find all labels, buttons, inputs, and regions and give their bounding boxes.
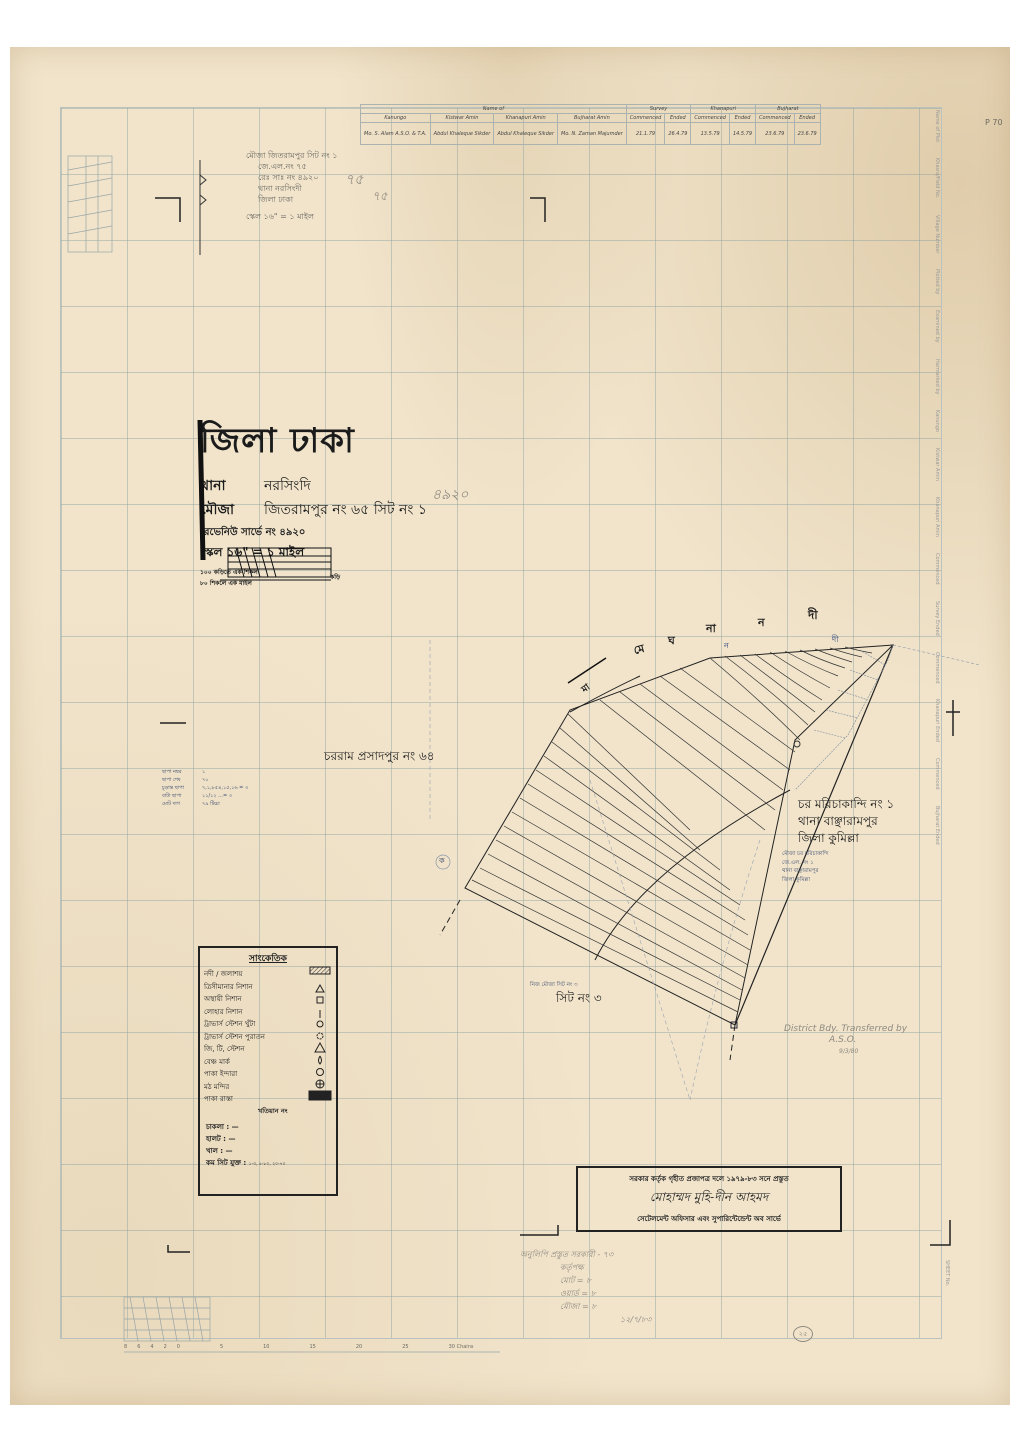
legend-field-label: চাকলা	[206, 1123, 224, 1131]
ruler-tick: 10	[263, 1344, 269, 1350]
west-neighbor-label: চররাম প্রসাদপুর নং ৬৪	[324, 748, 435, 768]
pencil-line: অনুলিপি প্রস্তুত সরকারী - ৭৩	[520, 1248, 651, 1261]
legend-item: লোহার নিশান	[200, 1006, 336, 1019]
legend-field-value: —	[232, 1123, 239, 1131]
east-neighbor-thana: থানা বাঞ্ছারামপুর	[798, 813, 894, 830]
legend-item-label: ট্রাভার্স স্টেশন খুঁটা	[204, 1018, 255, 1030]
legend-field-value: —	[226, 1147, 233, 1155]
scale-ruler-ticks: 8 6 4 2 0 5 10 15 20 25 30 Chains	[124, 1344, 524, 1350]
legend-field-value: ১-৩, ৫-৮০, ২০-৭০	[249, 1162, 286, 1167]
east-neighbor-block: চর মরিচাকান্দি নং ১ থানা বাঞ্ছারামপুর জি…	[798, 796, 894, 847]
river-sub-label: ন	[724, 640, 729, 653]
legend-item-label: পাকা ইন্দারা	[204, 1068, 237, 1080]
certificate-box: সরকার কর্তৃক গৃহীত প্রজাপত্র দলে ১৯৭৯-৮৩…	[576, 1166, 842, 1232]
map-drawing	[0, 0, 1024, 1449]
legend-item: জি, টি, স্টেশন	[200, 1043, 336, 1056]
east-small-line: জিলা কুমিল্লা	[782, 876, 829, 885]
pencil-line: ১২/৭/৮৩	[520, 1313, 651, 1326]
legend-item: পাকা রাস্তা	[200, 1093, 336, 1106]
ruler-tick: 8	[124, 1344, 127, 1350]
legend-item-label: মঠ মন্দির	[204, 1081, 229, 1093]
note-value: ১১/১২ ...= ৩	[202, 793, 232, 799]
east-small-block: মৌজা চর মরিচাকান্দি জে.এল. নং ১ থানা বাঞ…	[782, 850, 829, 884]
legend-item-label: নদী / জলাশয়	[204, 968, 242, 980]
pencil-line: মোট = ৮	[520, 1274, 651, 1287]
legend-item: বেঞ্চ মার্ক	[200, 1056, 336, 1069]
note-label: ছাপা শেষ	[162, 776, 202, 784]
margin-column-label: Commenced	[934, 553, 940, 585]
margin-column-label: Name of Plot	[934, 110, 940, 142]
river-label-2: ঘ	[668, 632, 675, 651]
legend-item-label: ট্রাভার্স স্টেশন পুরাতন	[204, 1031, 265, 1043]
legend-item-label: লোহার নিশান	[204, 1006, 242, 1018]
boundary-transfer-note: District Bdy. Transferred by A.S.O. 9/3/…	[784, 1024, 907, 1057]
margin-column-label: Commenced	[934, 758, 940, 790]
note-value: ৭০	[202, 777, 209, 783]
sheet-no-label: SHEET No.	[944, 1260, 950, 1286]
ruler-tick: 2	[164, 1344, 167, 1350]
legend-item: অস্থায়ী নিশান	[200, 993, 336, 1006]
margin-column-label: Khasra/Field No.	[934, 158, 940, 198]
margin-column-label: Plotted by	[934, 269, 940, 294]
south-sheet-label: সিট নং ৩	[556, 990, 602, 1010]
left-notes: ছাপা নম্বর১ ছাপা শেষ৭০ চূড়ান্ত ছাপা৭,১,…	[162, 768, 248, 808]
certificate-line-3: সেটেলমেন্ট অফিসার এবং সুপারিন্টেন্ডেন্ট …	[578, 1213, 840, 1225]
margin-column-label: Village Number	[934, 215, 940, 253]
legend-item-label: ত্রিসীমানার নিশান	[204, 981, 253, 993]
margin-column-label: Commenced	[934, 652, 940, 684]
margin-column-label: Harmarked by	[934, 359, 940, 394]
east-neighbor-district: জিলা কুমিল্লা	[798, 830, 894, 847]
ruler-tick: 25	[402, 1344, 408, 1350]
legend-item: ত্রিসীমানার নিশান	[200, 981, 336, 994]
circled-number: ২৫	[793, 1326, 813, 1342]
legend-item: নদী / জলাশয়	[200, 968, 336, 981]
bottom-pencil-notes: অনুলিপি প্রস্তুত সরকারী - ৭৩ কর্তৃপক্ষ ম…	[520, 1248, 651, 1326]
ruler-tick: 20	[356, 1344, 362, 1350]
ruler-tick: 15	[310, 1344, 316, 1350]
legend-field-label: খাল	[206, 1147, 218, 1155]
legend-item-label: অস্থায়ী নিশান	[204, 993, 242, 1005]
legend-box: সাংকেতিক নদী / জলাশয় ত্রিসীমানার নিশান …	[198, 946, 338, 1196]
legend-item-label: বেঞ্চ মার্ক	[204, 1056, 230, 1068]
pencil-line: কর্তৃপক্ষ	[520, 1261, 651, 1274]
legend-item: পাকা ইন্দারা	[200, 1068, 336, 1081]
pencil-line: মৌজা = ৮	[520, 1300, 651, 1313]
note-label: বাটা ছাপা	[162, 792, 202, 800]
ruler-tick: 5	[220, 1344, 223, 1350]
legend-title: সাংকেতিক	[200, 951, 336, 966]
margin-column-label: Examined by	[934, 310, 940, 343]
pencil-line: District Bdy. Transferred by	[784, 1024, 907, 1035]
legend-item: ট্রাভার্স স্টেশন খুঁটা	[200, 1018, 336, 1031]
river-label-4: ন	[758, 614, 765, 633]
east-neighbor-mouza: চর মরিচাকান্দি নং ১	[798, 796, 894, 813]
ruler-tick: 30 Chains	[449, 1344, 474, 1350]
note-value: ১	[202, 769, 205, 775]
margin-column-label: Khanapuri Amin	[934, 497, 940, 537]
legend-field-label: হালট	[206, 1135, 221, 1143]
note-label: মোট দাগ	[162, 800, 202, 808]
river-label-5: দী	[808, 607, 818, 627]
legend-field-label: কম সিট যুক্ত	[206, 1159, 241, 1167]
margin-column-label: Khanapuri Ended	[934, 699, 940, 742]
south-small-label: নিজ মৌজা সিট নং ৩	[530, 982, 578, 990]
east-small-line: থানা বাঞ্ছারামপুর	[782, 867, 829, 876]
legend-subtitle: খতিয়ান নং	[200, 1106, 336, 1117]
ruler-tick: 0	[177, 1344, 180, 1350]
margin-column-label: Kanungo	[934, 410, 940, 432]
pencil-line: 9/3/80	[784, 1046, 907, 1057]
ruler-tick: 4	[150, 1344, 153, 1350]
note-label: চূড়ান্ত ছাপা	[162, 784, 202, 792]
margin-column-label: Survey Ended	[934, 601, 940, 636]
circle-mark: ক	[439, 855, 445, 868]
east-small-line: জে.এল. নং ১	[782, 859, 829, 868]
east-small-line: মৌজা চর মরিচাকান্দি	[782, 850, 829, 859]
pencil-line: A.S.O.	[784, 1035, 907, 1046]
legend-field-value: —	[228, 1135, 235, 1143]
margin-column-label: Kistwar Amin	[934, 448, 940, 481]
right-margin-columns: Name of Plot Khasra/Field No. Village Nu…	[934, 110, 940, 1290]
legend-item: মঠ মন্দির	[200, 1081, 336, 1094]
river-sub-label: দী	[832, 634, 839, 647]
legend-item-label: পাকা রাস্তা	[204, 1093, 233, 1105]
legend-item: ট্রাভার্স স্টেশন পুরাতন	[200, 1031, 336, 1044]
certificate-signature: মোহাম্মদ মুহি-দীন আহমদ	[578, 1189, 840, 1209]
pencil-line: ওয়ার্ড = ৮	[520, 1287, 651, 1300]
river-label-3: না	[706, 620, 716, 639]
note-value: ৭৯ টিচ্চা	[202, 801, 220, 807]
legend-item-label: জি, টি, স্টেশন	[204, 1043, 245, 1055]
certificate-line-1: সরকার কর্তৃক গৃহীত প্রজাপত্র দলে ১৯৭৯-৮৩…	[578, 1173, 840, 1185]
note-value: ৭,১,৮৫৪,১৫,১৬ = ৩	[202, 785, 248, 791]
margin-column-label: Bujharat Ended	[934, 806, 940, 845]
ruler-tick: 6	[137, 1344, 140, 1350]
note-label: ছাপা নম্বর	[162, 768, 202, 776]
